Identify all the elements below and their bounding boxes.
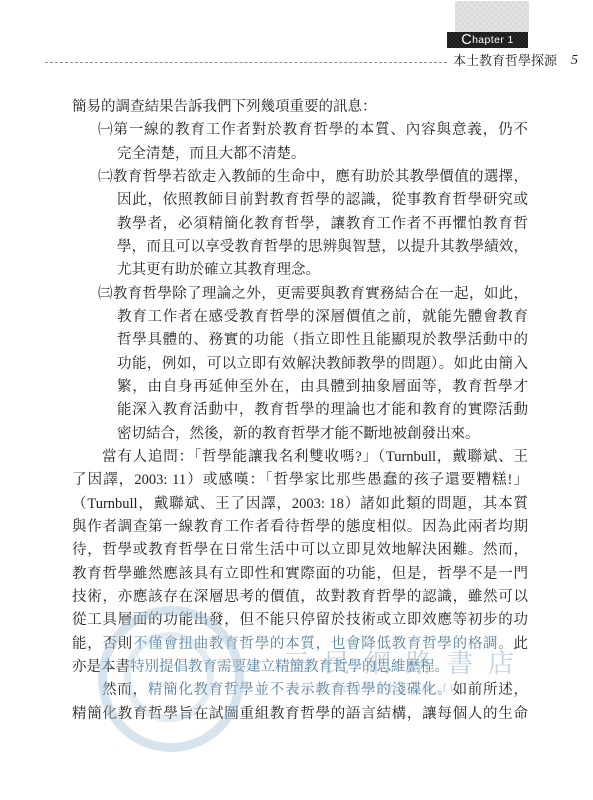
chapter-label: Chapter 1 (447, 32, 528, 48)
text-line: 精簡化教育哲學旨在試圖重組教育哲學的語言結構，讓每個人的生命 (72, 703, 528, 726)
text-line: 技術，亦應該存在深層思考的價值，故對教育哲學的認識，雖然可以 (72, 586, 528, 609)
running-head-rule (45, 62, 447, 63)
text-line: 哲學具體的、務實的功能（指立即性且能顯現於教學活動中的 (72, 329, 528, 352)
text-line: 簡易的調查結果告訴我們下列幾項重要的訊息： (72, 96, 528, 119)
text-line: 了因譯，2003: 11）或感嘆：「哲學家比那些愚蠢的孩子還要糟糕!」 (72, 469, 528, 492)
text-line: ㈢教育哲學除了理論之外，更需要與教育實務結合在一起，如此， (72, 283, 528, 306)
text-line: 完全清楚，而且大都不清楚。 (72, 143, 528, 166)
text-line: 因此，依照教師目前對教育哲學的認識，從事教育哲學研究或 (72, 189, 528, 212)
text-line: 從工具層面的功能出發，但不能只停留於技術或立即效應等初步的功 (72, 609, 528, 632)
text-line: 密切結合，然後，新的教育哲學才能不斷地被創發出來。 (72, 423, 528, 446)
text-line: 能深入教育活動中，教育哲學的理論也才能和教育的實際活動 (72, 399, 528, 422)
text-line: 當有人追問：「哲學能讓我名利雙收嗎?」（Turnbull，戴聯斌、王 (72, 446, 528, 469)
text-line: ㈠第一線的教育工作者對於教育哲學的本質、內容與意義，仍不 (72, 119, 528, 142)
text-line: 教育哲學雖然應該具有立即性和實際面的功能，但是，哲學不是一門 (72, 563, 528, 586)
body-text: 簡易的調查結果告訴我們下列幾項重要的訊息：㈠第一線的教育工作者對於教育哲學的本質… (72, 96, 528, 726)
chapter-label-rest: hapter 1 (472, 34, 514, 46)
text-line: 學，而且可以享受教育哲學的思辨與智慧，以提升其教學績效， (72, 236, 528, 259)
text-line: （Turnbull，戴聯斌、王了因譯，2003: 18）諸如此類的問題，其本質 (72, 493, 528, 516)
text-line: 亦是本書特別提倡教育需要建立精簡教育哲學的思維歷程。 (72, 656, 528, 679)
chapter-label-initial: C (461, 33, 472, 47)
book-page: Chapter 1 本土教育哲學探源 5 簡易的調查結果告訴我們下列幾項重要的訊… (0, 0, 593, 800)
text-line: 然而，精簡化教育哲學並不表示教育哲學的淺碟化。如前所述， (72, 679, 528, 702)
text-line: 待，哲學或教育哲學在日常生活中可以立即見效地解決困難。然而， (72, 539, 528, 562)
page-number: 5 (571, 52, 578, 70)
text-line: 教育工作者在感受教育哲學的深層價值之前，就能先體會教育 (72, 306, 528, 329)
text-line: 教學者，必須精簡化教育哲學，讓教育工作者不再懼怕教育哲 (72, 213, 528, 236)
text-line: 功能，例如，可以立即有效解決教師教學的問題）。如此由簡入 (72, 353, 528, 376)
text-line: 繁，由自身再延伸至外在，由具體到抽象層面等，教育哲學才 (72, 376, 528, 399)
text-line: 與作者調查第一線教育工作者看待哲學的態度相似。因為此兩者均期 (72, 516, 528, 539)
chapter-ornament-block (455, 1, 529, 32)
text-line: ㈡教育哲學若欲走入教師的生命中，應有助於其教學價值的選擇， (72, 166, 528, 189)
running-title: 本土教育哲學探源 (453, 52, 557, 70)
text-line: 尤其更有助於確立其教育理念。 (72, 259, 528, 282)
text-line: 能，否則不僅會扭曲教育哲學的本質，也會降低教育哲學的格調。此 (72, 633, 528, 656)
